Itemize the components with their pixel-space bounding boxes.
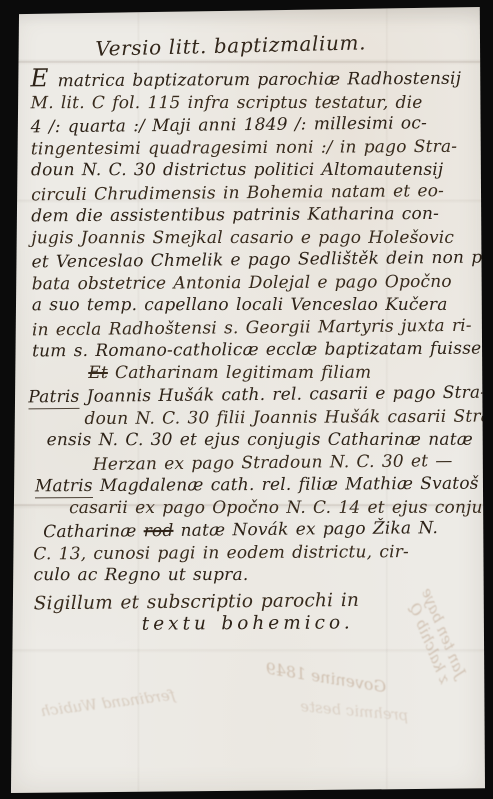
- line-text: 4 /: quarta :/ Maji anni 1849 /: millesi…: [31, 113, 427, 137]
- line-text: C. 13, cunosi pagi in eodem districtu, c…: [33, 542, 409, 564]
- manuscript-paper: Versio litt. baptizmalium. E matrica bap…: [10, 7, 485, 793]
- manuscript-line: culo ac Regno ut supra.: [33, 564, 480, 587]
- line-text: E matrica baptizatorum parochiæ Radhoste…: [30, 69, 461, 92]
- manuscript-line: Matris Magdalenæ cath. rel. filiæ Mathiæ…: [35, 473, 480, 498]
- manuscript-line: jugis Joannis Smejkal casario e pago Hol…: [31, 226, 478, 249]
- bleedthrough-text: Govenine 1849: [264, 660, 387, 696]
- manuscript-line: C. 13, cunosi pagi in eodem districtu, c…: [33, 540, 480, 565]
- word-strikethrough: Et: [88, 362, 108, 382]
- document-title: Versio litt. baptizmalium.: [30, 28, 477, 63]
- line-text: et Venceslao Chmelik e pago Sedlištěk de…: [31, 247, 493, 272]
- line-text: doun N. C. 30 districtus politici Altoma…: [31, 160, 443, 180]
- line-text: Sigillum et subscriptio parochi in: [34, 589, 360, 613]
- line-text: dem die assistentibus patrinis Katharina…: [31, 204, 439, 226]
- line-text: in eccla Radhoštensi s. Georgii Martyris…: [32, 315, 472, 340]
- fold-crease-horizontal: [10, 504, 485, 506]
- line-text: Catharinæ: [43, 521, 144, 542]
- manuscript-line: a suo temp. capellano locali Venceslao K…: [32, 294, 479, 317]
- line-text: ensis N. C. 30 et ejus conjugis Catharin…: [47, 430, 473, 450]
- line-text: a suo temp. capellano locali Venceslao K…: [32, 295, 448, 315]
- manuscript-line: 4 /: quarta :/ Maji anni 1849 /: millesi…: [31, 112, 478, 139]
- manuscript-line: casarii ex pago Opočno N. C. 14 et ejus …: [69, 496, 480, 519]
- line-text: jugis Joannis Smejkal casario e pago Hol…: [31, 227, 454, 247]
- line-text: Joannis Hušák cath. rel. casarii e pago …: [79, 383, 486, 407]
- manuscript-line: Patris Joannis Hušák cath. rel. casarii …: [28, 382, 479, 409]
- manuscript-line: tingentesimi quadragesimi noni :/ in pag…: [31, 135, 478, 160]
- manuscript-line: tum s. Romano-catholicæ ecclæ baptizatam…: [32, 338, 479, 363]
- line-text: casarii ex pago Opočno N. C. 14 et ejus …: [69, 497, 493, 517]
- line-text: Magdalenæ cath. rel. filiæ Mathiæ Svatoš: [93, 474, 479, 496]
- manuscript-line: ensis N. C. 30 et ejus conjugis Catharin…: [47, 429, 480, 452]
- bleedthrough-text: prehmic beste: [299, 698, 409, 724]
- line-text: Herzan ex pago Stradoun N. C. 30 et —: [93, 451, 453, 475]
- manuscript-line: Catharinæ rod natæ Novák ex pago Žika N.: [43, 517, 480, 544]
- bleedthrough-text: ferdinand Wubich: [39, 687, 176, 720]
- manuscript-line: et Venceslao Chmelik e pago Sedlištěk de…: [31, 247, 478, 274]
- manuscript-line: in eccla Radhoštensi s. Georgii Martyris…: [32, 314, 479, 341]
- line-text: bata obstetrice Antonia Dolejal e pago O…: [32, 271, 452, 294]
- line-text: Catharinam legitimam filiam: [108, 362, 371, 382]
- line-text: M. lit. C fol. 115 infra scriptus testat…: [31, 92, 423, 112]
- line-text: natæ Novák ex pago Žika N.: [173, 518, 438, 541]
- line-text: textu bohemico.: [142, 612, 354, 634]
- fold-crease-horizontal: [10, 61, 485, 63]
- manuscript-line: bata obstetrice Antonia Dolejal e pago O…: [32, 270, 479, 295]
- word-underlined: Patris: [28, 387, 79, 410]
- line-text: tingentesimi quadragesimi noni :/ in pag…: [31, 136, 457, 159]
- line-text: circuli Chrudimensis in Bohemia natam et…: [31, 181, 444, 205]
- manuscript-line: M. lit. C fol. 115 infra scriptus testat…: [31, 91, 478, 114]
- manuscript-line: doun N. C. 30 filii Joannis Hušák casari…: [84, 405, 479, 430]
- manuscript-body: Versio litt. baptizmalium. E matrica bap…: [30, 32, 481, 637]
- word-strikethrough: rod: [144, 521, 174, 541]
- manuscript-line: Et Catharinam legitimam filiam: [88, 361, 479, 384]
- manuscript-line: dem die assistentibus patrinis Katharina…: [31, 203, 478, 228]
- line-text: culo ac Regno ut supra.: [33, 565, 248, 585]
- manuscript-line: Herzan ex pago Stradoun N. C. 30 et —: [93, 449, 480, 476]
- line-text: doun N. C. 30 filii Joannis Hušák casari…: [84, 406, 493, 429]
- line-text: tum s. Romano-catholicæ ecclæ baptizatam…: [32, 339, 481, 362]
- manuscript-line: doun N. C. 30 districtus politici Altoma…: [31, 159, 478, 182]
- word-underlined: Matris: [35, 476, 93, 498]
- manuscript-line: E matrica baptizatorum parochiæ Radhoste…: [30, 65, 477, 93]
- manuscript-line: circuli Chrudimensis in Bohemia natam et…: [31, 179, 478, 206]
